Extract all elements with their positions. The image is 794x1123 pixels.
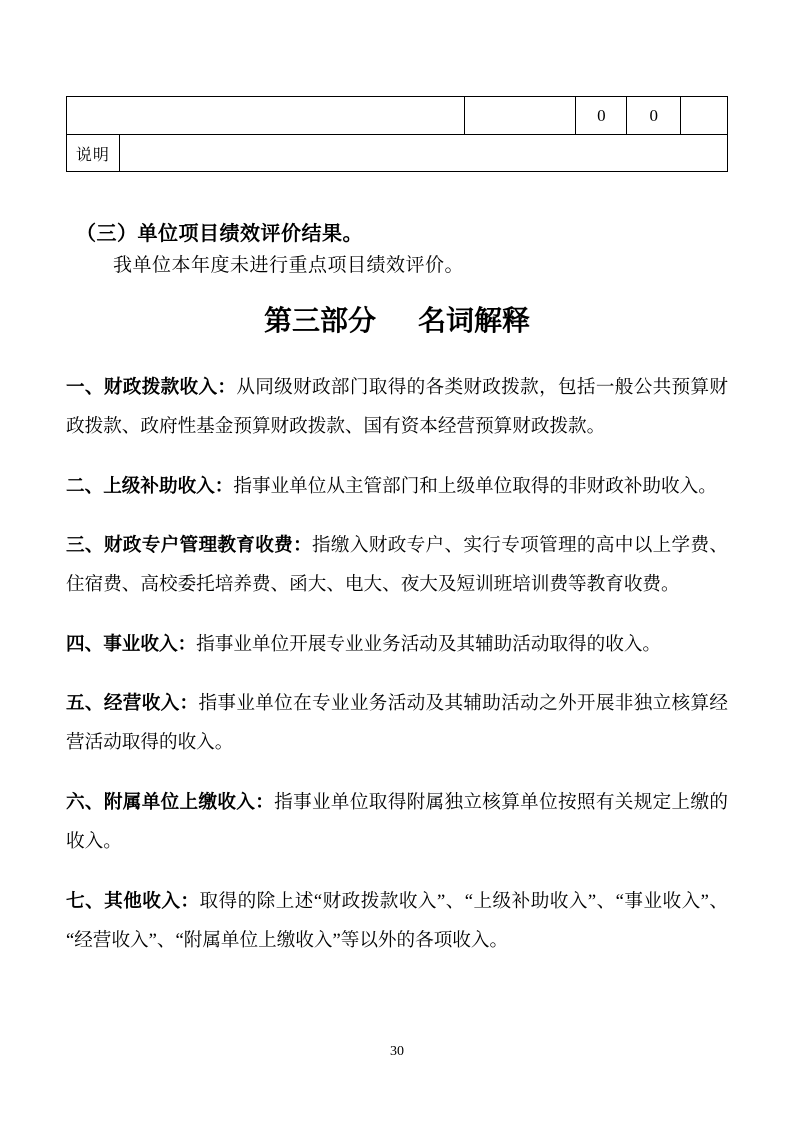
definition-term: 七、其他收入： [66, 890, 199, 911]
definition-term: 五、经营收入： [66, 692, 198, 713]
definition-text: 指事业单位开展专业业务活动及其辅助活动取得的收入。 [196, 634, 661, 655]
definition-paragraph: 三、财政专户管理教育收费：指缴入财政专户、实行专项管理的高中以上学费、住宿费、高… [66, 525, 728, 605]
summary-table: 0 0 说明 [66, 96, 728, 172]
definition-text: 政拨款、政府性基金预算财政拨款、国有资本经营预算财政拨款。 [66, 416, 605, 437]
definition-term: 二、上级补助收入： [66, 475, 233, 496]
definition-text: 收入。 [66, 831, 122, 852]
definition-line: 收入。 [66, 822, 728, 862]
definition-text: “经营收入”、“附属单位上缴收入”等以外的各项收入。 [66, 930, 508, 951]
definition-term: 三、财政专户管理教育收费： [66, 534, 312, 555]
table-cell-value: 0 [576, 97, 627, 134]
table-cell [67, 97, 465, 134]
table-cell [465, 97, 577, 134]
document-page: 0 0 说明 （三）单位项目绩效评价结果。 我单位本年度未进行重点项目绩效评价。… [0, 0, 794, 1123]
definition-line: 五、经营收入：指事业单位在专业业务活动及其辅助活动之外开展非独立核算经 [66, 683, 728, 723]
definition-line: 营活动取得的收入。 [66, 723, 728, 763]
table-content-cell [120, 135, 727, 171]
definition-paragraph: 一、财政拨款收入：从同级财政部门取得的各类财政拨款，包括一般公共预算财政拨款、政… [66, 367, 728, 447]
definition-line: 一、财政拨款收入：从同级财政部门取得的各类财政拨款，包括一般公共预算财 [66, 367, 728, 407]
definition-line: 七、其他收入：取得的除上述“财政拨款收入”、“上级补助收入”、“事业收入”、 [66, 881, 728, 921]
definition-line: 二、上级补助收入：指事业单位从主管部门和上级单位取得的非财政补助收入。 [66, 466, 728, 506]
definition-text: 指事业单位在专业业务活动及其辅助活动之外开展非独立核算经 [198, 693, 728, 714]
table-label-cell: 说明 [67, 135, 120, 171]
definition-term: 六、附属单位上缴收入： [66, 791, 274, 812]
definition-line: 三、财政专户管理教育收费：指缴入财政专户、实行专项管理的高中以上学费、 [66, 525, 728, 565]
definitions-list: 一、财政拨款收入：从同级财政部门取得的各类财政拨款，包括一般公共预算财政拨款、政… [66, 367, 728, 961]
definition-text: 住宿费、高校委托培养费、函大、电大、夜大及短训班培训费等教育收费。 [66, 574, 680, 595]
definition-line: 六、附属单位上缴收入：指事业单位取得附属独立核算单位按照有关规定上缴的 [66, 782, 728, 822]
definition-paragraph: 四、事业收入：指事业单位开展专业业务活动及其辅助活动取得的收入。 [66, 624, 728, 664]
definition-term: 四、事业收入： [66, 633, 196, 654]
definition-text: 指事业单位从主管部门和上级单位取得的非财政补助收入。 [233, 476, 716, 497]
page-number: 30 [0, 1042, 794, 1062]
part-title-left: 第三部分 [264, 302, 376, 342]
part-title: 第三部分 名词解释 [0, 302, 794, 342]
table-row: 0 0 [67, 97, 727, 135]
section-heading: （三）单位项目绩效评价结果。 [76, 219, 363, 249]
table-row: 说明 [67, 135, 727, 171]
definition-term: 一、财政拨款收入： [66, 376, 236, 397]
definition-text: 指事业单位取得附属独立核算单位按照有关规定上缴的 [274, 792, 728, 813]
definition-line: 住宿费、高校委托培养费、函大、电大、夜大及短训班培训费等教育收费。 [66, 565, 728, 605]
section-note: 我单位本年度未进行重点项目绩效评价。 [113, 251, 464, 281]
definition-text: 营活动取得的收入。 [66, 732, 233, 753]
definition-line: 四、事业收入：指事业单位开展专业业务活动及其辅助活动取得的收入。 [66, 624, 728, 664]
definition-paragraph: 六、附属单位上缴收入：指事业单位取得附属独立核算单位按照有关规定上缴的收入。 [66, 782, 728, 862]
definition-paragraph: 二、上级补助收入：指事业单位从主管部门和上级单位取得的非财政补助收入。 [66, 466, 728, 506]
table-cell-value: 0 [627, 97, 681, 134]
part-title-right: 名词解释 [418, 302, 530, 342]
definition-paragraph: 五、经营收入：指事业单位在专业业务活动及其辅助活动之外开展非独立核算经营活动取得… [66, 683, 728, 763]
definition-text: 从同级财政部门取得的各类财政拨款，包括一般公共预算财 [236, 377, 728, 398]
definition-paragraph: 七、其他收入：取得的除上述“财政拨款收入”、“上级补助收入”、“事业收入”、“经… [66, 881, 728, 961]
definition-text: 指缴入财政专户、实行专项管理的高中以上学费、 [312, 535, 728, 556]
definition-text: 取得的除上述“财政拨款收入”、“上级补助收入”、“事业收入”、 [199, 891, 728, 912]
definition-line: 政拨款、政府性基金预算财政拨款、国有资本经营预算财政拨款。 [66, 407, 728, 447]
definition-line: “经营收入”、“附属单位上缴收入”等以外的各项收入。 [66, 921, 728, 961]
table-cell [681, 97, 727, 134]
